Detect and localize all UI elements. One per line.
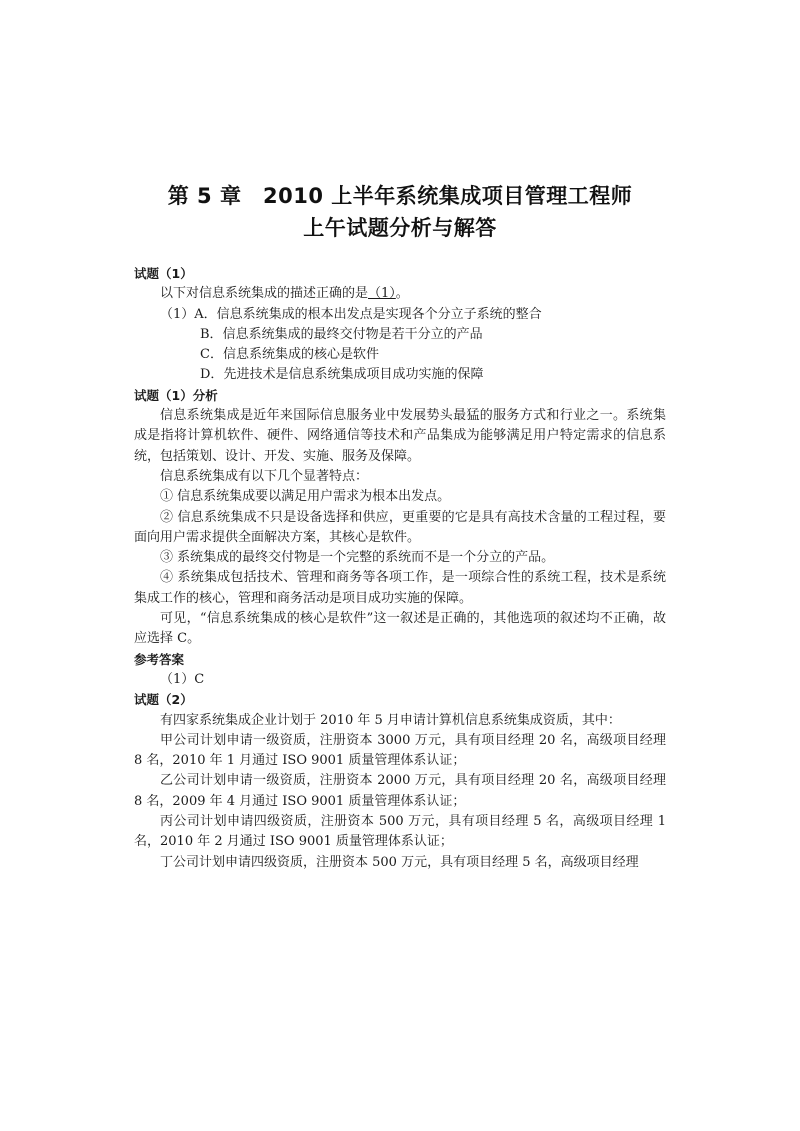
analysis-point-3: ③ 系统集成的最终交付物是一个完整的系统而不是一个分立的产品。 — [134, 548, 666, 568]
company-yi: 乙公司计划申请一级资质，注册资本 2000 万元，具有项目经理 20 名，高级项… — [134, 771, 666, 812]
answer-heading: 参考答案 — [134, 650, 666, 670]
page-content: 试题（1） 以下对信息系统集成的描述正确的是（1）。 （1）A．信息系统集成的根… — [134, 264, 666, 873]
question-1-heading: 试题（1） — [134, 264, 666, 284]
option-c: C．信息系统集成的核心是软件 — [134, 345, 666, 365]
option-label: C． — [200, 347, 223, 362]
question-2-paragraph: 有四家系统集成企业计划于 2010 年 5 月申请计算机信息系统集成资质，其中： — [134, 711, 666, 731]
option-label: D． — [200, 367, 223, 382]
option-a: （1）A．信息系统集成的根本出发点是实现各个分立子系统的整合 — [134, 305, 666, 325]
chapter-title: 第 5 章 2010 上半年系统集成项目管理工程师 — [0, 180, 800, 210]
stem-text: 以下对信息系统集成的描述正确的是 — [160, 286, 368, 301]
analysis-paragraph: 信息系统集成有以下几个显著特点： — [134, 467, 666, 487]
stem-suffix: 。 — [396, 286, 409, 301]
analysis-point-2: ② 信息系统集成不只是设备选择和供应，更重要的它是具有高技术含量的工程过程，要面… — [134, 508, 666, 549]
analysis-point-4: ④ 系统集成包括技术、管理和商务等各项工作，是一项综合性的系统工程，技术是系统集… — [134, 568, 666, 609]
analysis-heading: 试题（1）分析 — [134, 386, 666, 406]
option-text: 先进技术是信息系统集成项目成功实施的保障 — [223, 367, 483, 382]
company-jia: 甲公司计划申请一级资质，注册资本 3000 万元，具有项目经理 20 名，高级项… — [134, 731, 666, 772]
option-label: A． — [194, 307, 216, 322]
option-text: 信息系统集成的核心是软件 — [223, 347, 379, 362]
option-number: （1） — [160, 307, 194, 322]
chapter-subtitle: 上午试题分析与解答 — [0, 212, 800, 242]
company-ding: 丁公司计划申请四级资质，注册资本 500 万元，具有项目经理 5 名，高级项目经… — [134, 853, 666, 873]
analysis-conclusion: 可见，“信息系统集成的核心是软件”这一叙述是正确的，其他选项的叙述均不正确，故应… — [134, 609, 666, 650]
question-2-heading: 试题（2） — [134, 690, 666, 710]
option-d: D．先进技术是信息系统集成项目成功实施的保障 — [134, 365, 666, 385]
analysis-paragraph: 信息系统集成是近年来国际信息服务业中发展势头最猛的服务方式和行业之一。系统集成是… — [134, 406, 666, 467]
stem-blank: （1） — [368, 286, 396, 301]
company-bing: 丙公司计划申请四级资质，注册资本 500 万元，具有项目经理 5 名，高级项目经… — [134, 812, 666, 853]
option-text: 信息系统集成的根本出发点是实现各个分立子系统的整合 — [217, 307, 542, 322]
option-text: 信息系统集成的最终交付物是若干分立的产品 — [223, 327, 483, 342]
analysis-point-1: ① 信息系统集成要以满足用户需求为根本出发点。 — [134, 487, 666, 507]
option-b: B．信息系统集成的最终交付物是若干分立的产品 — [134, 325, 666, 345]
document-page: 第 5 章 2010 上半年系统集成项目管理工程师 上午试题分析与解答 试题（1… — [0, 0, 800, 1131]
answer-value: （1）C — [134, 670, 666, 690]
question-1-stem: 以下对信息系统集成的描述正确的是（1）。 — [134, 284, 666, 304]
option-label: B． — [200, 327, 223, 342]
